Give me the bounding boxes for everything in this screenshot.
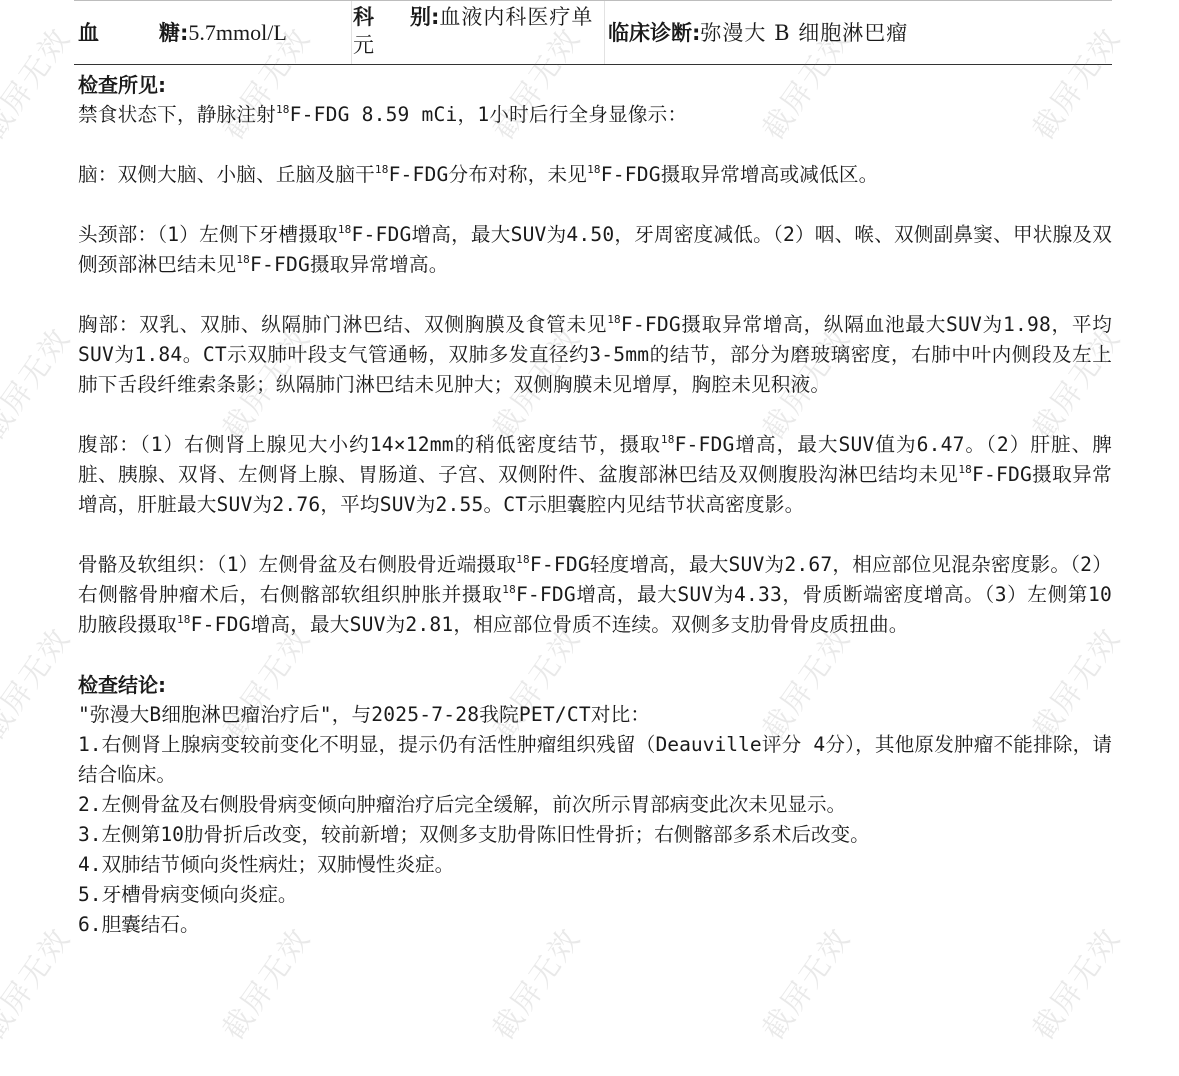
isotope-superscript: 18 xyxy=(516,553,530,566)
isotope-superscript: 18 xyxy=(502,583,516,596)
patient-info-table: 血糖:5.7mmol/L 科别:血液内科医疗单元 临床诊断:弥漫大 B 细胞淋巴… xyxy=(74,0,1112,65)
table-divider xyxy=(604,1,605,64)
conclusion-item: 2.左侧骨盆及右侧股骨病变倾向肿瘤治疗后完全缓解，前次所示胃部病变此次未见显示。 xyxy=(78,790,1112,820)
conclusion-item: 4.双肺结节倾向炎性病灶；双肺慢性炎症。 xyxy=(78,850,1112,880)
conclusion-item: 1.右侧肾上腺病变较前变化不明显，提示仍有活性肿瘤组织残留（Deauville评… xyxy=(78,730,1112,790)
isotope-superscript: 18 xyxy=(661,433,675,446)
department-field: 科别:血液内科医疗单元 xyxy=(353,3,603,59)
conclusion-list: 1.右侧肾上腺病变较前变化不明显，提示仍有活性肿瘤组织残留（Deauville评… xyxy=(78,730,1112,940)
conclusion-item: 3.左侧第10肋骨折后改变，较前新增；双侧多支肋骨陈旧性骨折；右侧髂部多系术后改… xyxy=(78,820,1112,850)
isotope-superscript: 18 xyxy=(338,223,352,236)
watermark-text: 截屏无效 xyxy=(0,917,79,1047)
isotope-superscript: 18 xyxy=(587,163,601,176)
findings-intro: 禁食状态下，静脉注射18F-FDG 8.59 mCi，1小时后行全身显像示： xyxy=(78,100,1112,130)
isotope-superscript: 18 xyxy=(236,253,250,266)
findings-chest: 胸部：双乳、双肺、纵隔肺门淋巴结、双侧胸膜及食管未见18F-FDG摄取异常增高，… xyxy=(78,310,1112,400)
blood-sugar-field: 血糖:5.7mmol/L xyxy=(78,19,287,47)
isotope-superscript: 18 xyxy=(607,313,621,326)
clinical-diagnosis-label: 临床诊断: xyxy=(608,21,700,45)
findings-abdomen: 腹部：（1）右侧肾上腺见大小约14×12mm的稍低密度结节，摄取18F-FDG增… xyxy=(78,430,1112,520)
watermark-text: 截屏无效 xyxy=(0,617,79,747)
findings-head-neck: 头颈部：（1）左侧下牙槽摄取18F-FDG增高，最大SUV为4.50，牙周密度减… xyxy=(78,220,1112,280)
watermark-text: 截屏无效 xyxy=(0,17,79,147)
isotope-superscript: 18 xyxy=(177,613,191,626)
findings-brain: 脑：双侧大脑、小脑、丘脑及脑干18F-FDG分布对称，未见18F-FDG摄取异常… xyxy=(78,160,1112,190)
conclusion-item: 6.胆囊结石。 xyxy=(78,910,1112,940)
blood-sugar-value: 5.7mmol/L xyxy=(188,20,286,45)
findings-title: 检查所见: xyxy=(78,70,1112,100)
conclusion-title: 检查结论: xyxy=(78,670,1112,700)
blood-sugar-label: 血糖: xyxy=(78,21,188,45)
findings-bone-soft-tissue: 骨骼及软组织：（1）左侧骨盆及右侧股骨近端摄取18F-FDG轻度增高，最大SUV… xyxy=(78,550,1112,640)
clinical-diagnosis-field: 临床诊断:弥漫大 B 细胞淋巴瘤 xyxy=(608,19,908,47)
conclusion-intro: "弥漫大B细胞淋巴瘤治疗后"，与2025-7-28我院PET/CT对比： xyxy=(78,700,1112,730)
watermark-text: 截屏无效 xyxy=(0,317,79,447)
conclusion-item: 5.牙槽骨病变倾向炎症。 xyxy=(78,880,1112,910)
clinical-diagnosis-value: 弥漫大 B 细胞淋巴瘤 xyxy=(700,21,908,45)
table-divider xyxy=(351,1,352,64)
isotope-superscript: 18 xyxy=(375,163,389,176)
department-label: 科别: xyxy=(353,5,439,29)
isotope-superscript: 18 xyxy=(958,463,972,476)
report-body: 检查所见: 禁食状态下，静脉注射18F-FDG 8.59 mCi，1小时后行全身… xyxy=(78,70,1112,940)
